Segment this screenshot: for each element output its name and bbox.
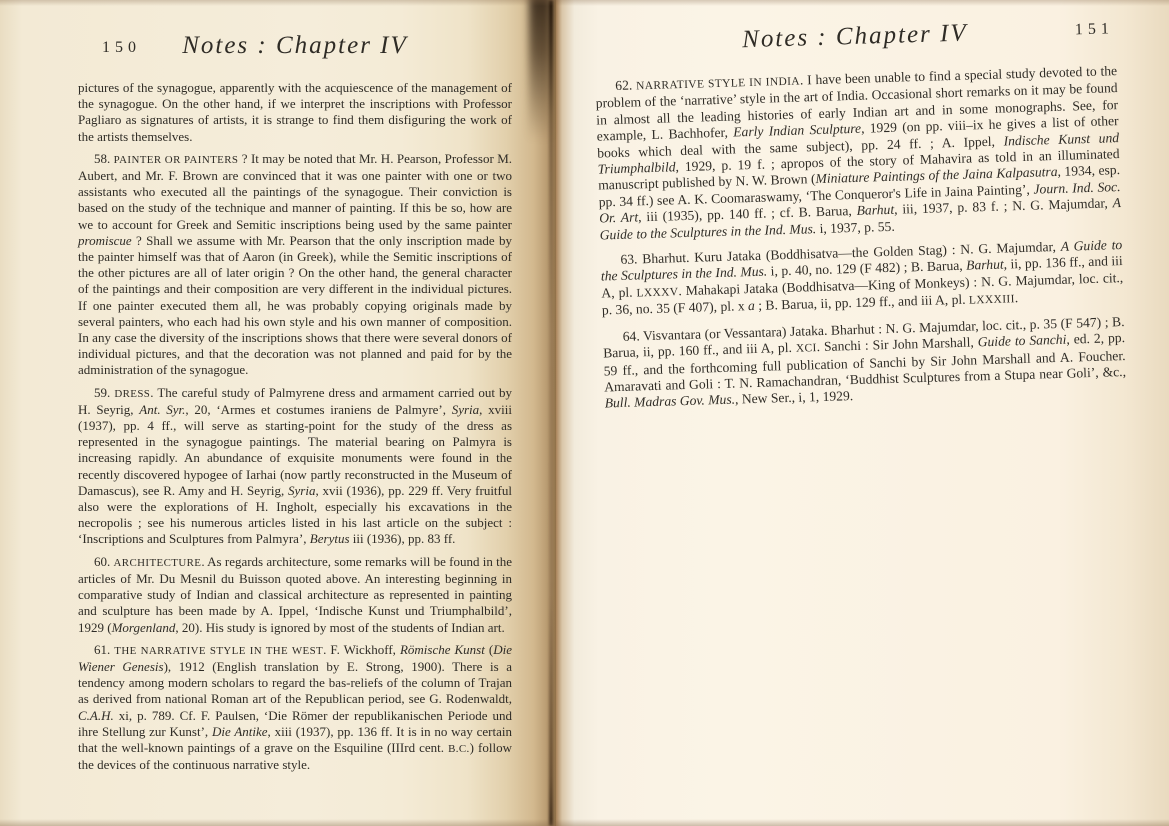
note-paragraph: 59. DRESS. The careful study of Palmyren… xyxy=(78,385,512,548)
note-paragraph: 61. THE NARRATIVE STYLE IN THE WEST. F. … xyxy=(78,642,512,774)
left-page: 150 Notes : Chapter IV pictures of the s… xyxy=(0,0,556,826)
bottom-edge-shadow xyxy=(0,819,1169,826)
left-page-body: pictures of the synagogue, apparently wi… xyxy=(78,80,512,773)
gutter-shadow-line xyxy=(549,0,553,826)
right-page-body: 62. NARRATIVE STYLE IN INDIA. I have bee… xyxy=(595,63,1127,412)
right-page-content: Notes : Chapter IV 151 62. NARRATIVE STY… xyxy=(594,15,1127,421)
right-page: Notes : Chapter IV 151 62. NARRATIVE STY… xyxy=(556,0,1169,826)
note-paragraph: pictures of the synagogue, apparently wi… xyxy=(78,80,512,145)
running-header-left: Notes : Chapter IV xyxy=(78,32,512,60)
note-paragraph: 60. ARCHITECTURE. As regards architectur… xyxy=(78,554,512,636)
top-edge-shadow xyxy=(0,0,1169,6)
left-page-content: 150 Notes : Chapter IV pictures of the s… xyxy=(78,32,512,779)
running-header-right: Notes : Chapter IV xyxy=(594,15,1117,58)
right-page-header: Notes : Chapter IV 151 xyxy=(594,15,1117,64)
left-page-header: 150 Notes : Chapter IV xyxy=(78,32,512,66)
note-paragraph: 58. PAINTER OR PAINTERS ? It may be note… xyxy=(78,151,512,379)
spine-shadow xyxy=(529,0,551,140)
book-spread: 150 Notes : Chapter IV pictures of the s… xyxy=(0,0,1169,826)
note-paragraph: 64. Visvantara (or Vessantara) Jataka. B… xyxy=(602,314,1126,412)
note-paragraph: 63. Bharhut. Kuru Jataka (Boddhisatva—th… xyxy=(600,237,1124,320)
page-number-right: 151 xyxy=(1075,20,1115,39)
note-paragraph: 62. NARRATIVE STYLE IN INDIA. I have bee… xyxy=(595,63,1122,243)
